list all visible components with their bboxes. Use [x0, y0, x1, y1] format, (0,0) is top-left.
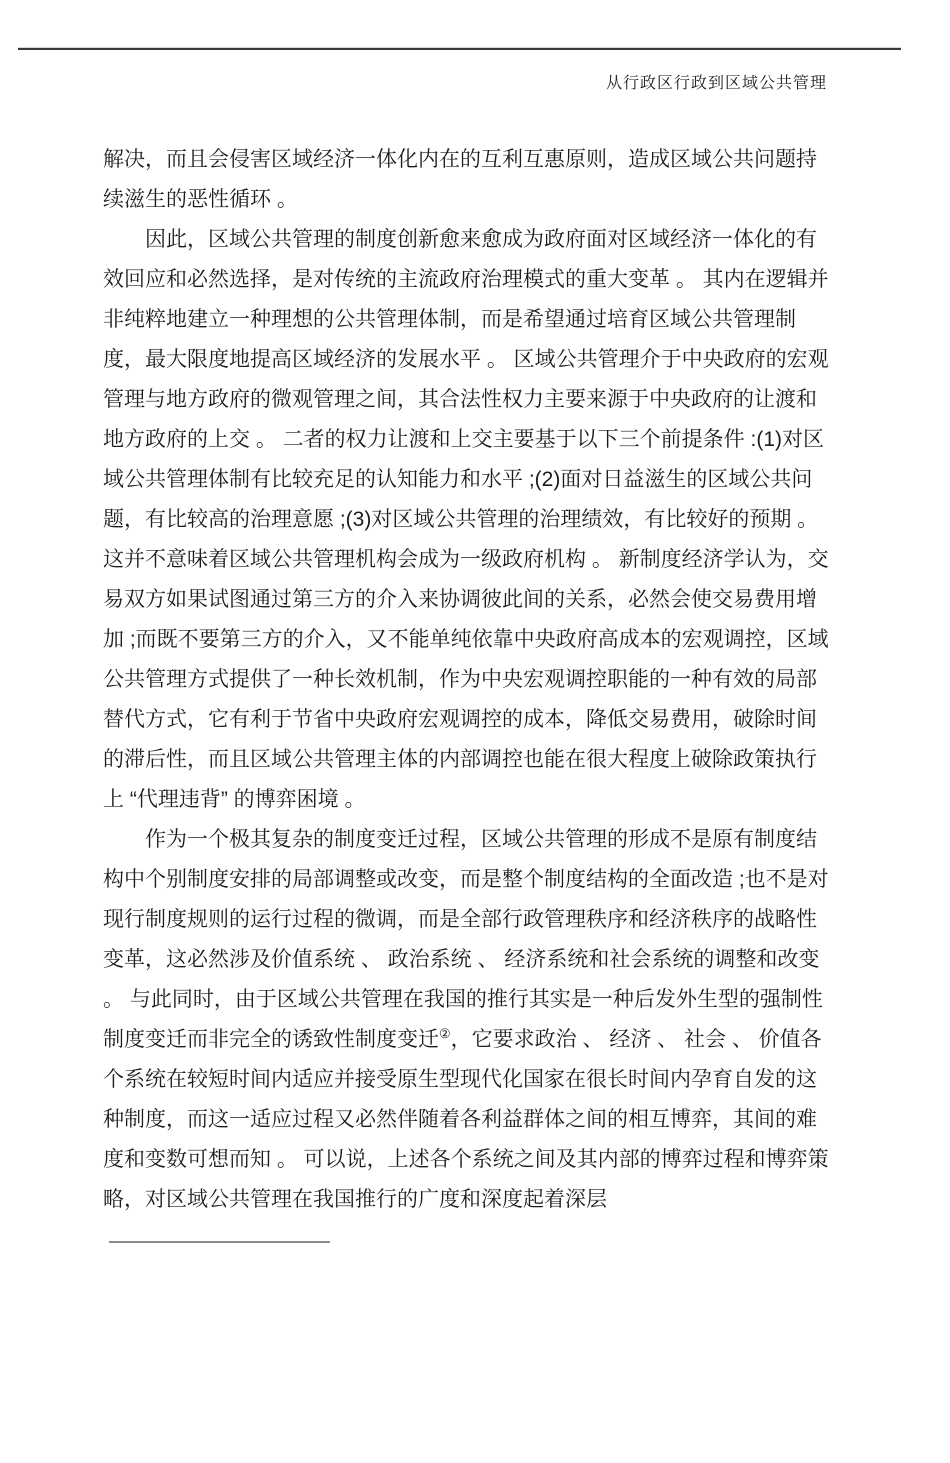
- footnote-separator-rule: [109, 1241, 330, 1243]
- paragraph-text-before-note: 作为一个极其复杂的制度变迁过程，区域公共管理的形成不是原有制度结构中个别制度安排…: [103, 828, 829, 1051]
- header-rule: [18, 48, 901, 50]
- footnote-reference: ②: [439, 1026, 451, 1041]
- paragraph-text-after-note: ，它要求政治 、 经济 、 社会 、 价值各个系统在较短时间内适应并接受原生型现…: [103, 1028, 829, 1211]
- paragraph: 因此，区域公共管理的制度创新愈来愈成为政府面对区域经济一体化的有效回应和必然选择…: [103, 220, 835, 820]
- body-text: 解决，而且会侵害区域经济一体化内在的互利互惠原则，造成区域公共问题持续滋生的恶性…: [103, 140, 835, 1220]
- paragraph-continuation: 解决，而且会侵害区域经济一体化内在的互利互惠原则，造成区域公共问题持续滋生的恶性…: [103, 140, 835, 220]
- running-title: 从行政区行政到区域公共管理: [606, 70, 827, 93]
- paragraph: 作为一个极其复杂的制度变迁过程，区域公共管理的形成不是原有制度结构中个别制度安排…: [103, 820, 835, 1220]
- document-page: 从行政区行政到区域公共管理 解决，而且会侵害区域经济一体化内在的互利互惠原则，造…: [0, 0, 950, 1463]
